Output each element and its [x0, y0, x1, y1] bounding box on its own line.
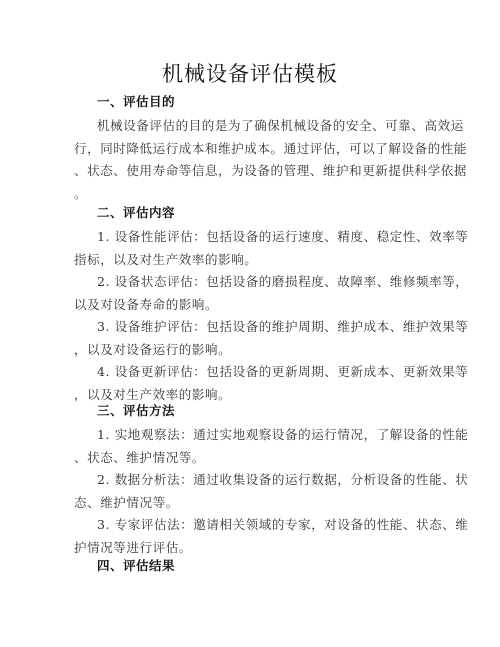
section-results: 四、评估结果	[74, 555, 422, 577]
text-line: 、状态、维护情况等。	[74, 447, 422, 470]
document-title: 机械设备评估模板	[0, 60, 500, 88]
text-line: 3. 专家评估法：邀请相关领域的专家，对设备的性能、状态、维	[74, 514, 422, 537]
section-methods: 三、评估方法 1. 实地观察法：通过实地观察设备的运行情况，了解设备的性能 、状…	[74, 400, 422, 559]
text-line: 指标，以及对生产效率的影响。	[74, 249, 422, 272]
text-line: 2. 设备状态评估：包括设备的磨损程度、故障率、维修频率等，	[74, 271, 422, 294]
text-line: 2. 数据分析法：通过收集设备的运行数据，分析设备的性能、状	[74, 469, 422, 492]
document-page: 机械设备评估模板 一、评估目的 机械设备评估的目的是为了确保机械设备的安全、可靠…	[0, 0, 500, 647]
section-heading: 一、评估目的	[74, 91, 422, 113]
section-heading: 三、评估方法	[74, 400, 422, 422]
paragraph: 1. 实地观察法：通过实地观察设备的运行情况，了解设备的性能 、状态、维护情况等…	[74, 424, 422, 469]
paragraph: 2. 设备状态评估：包括设备的磨损程度、故障率、维修频率等， 以及对设备寿命的影…	[74, 271, 422, 316]
text-line: 行，同时降低运行成本和维护成本。通过评估，可以了解设备的性能	[74, 138, 422, 161]
text-line: 1. 设备性能评估：包括设备的运行速度、精度、稳定性、效率等	[74, 226, 422, 249]
text-line: 1. 实地观察法：通过实地观察设备的运行情况，了解设备的性能	[74, 424, 422, 447]
text-line: 3. 设备维护评估：包括设备的维护周期、维护成本、维护效果等	[74, 316, 422, 339]
section-heading: 二、评估内容	[74, 202, 422, 224]
section-heading: 四、评估结果	[74, 555, 422, 577]
paragraph: 机械设备评估的目的是为了确保机械设备的安全、可靠、高效运 行，同时降低运行成本和…	[74, 115, 422, 205]
paragraph: 2. 数据分析法：通过收集设备的运行数据，分析设备的性能、状 态、维护情况等。	[74, 469, 422, 514]
text-line: ，以及对设备运行的影响。	[74, 339, 422, 362]
paragraph: 3. 专家评估法：邀请相关领域的专家，对设备的性能、状态、维 护情况等进行评估。	[74, 514, 422, 559]
text-line: 、状态、使用寿命等信息，为设备的管理、维护和更新提供科学依据	[74, 160, 422, 183]
text-line: 态、维护情况等。	[74, 492, 422, 515]
paragraph: 1. 设备性能评估：包括设备的运行速度、精度、稳定性、效率等 指标，以及对生产效…	[74, 226, 422, 271]
text-line: 以及对设备寿命的影响。	[74, 294, 422, 317]
paragraph: 3. 设备维护评估：包括设备的维护周期、维护成本、维护效果等 ，以及对设备运行的…	[74, 316, 422, 361]
text-line: 4. 设备更新评估：包括设备的更新周期、更新成本、更新效果等	[74, 361, 422, 384]
section-purpose: 一、评估目的 机械设备评估的目的是为了确保机械设备的安全、可靠、高效运 行，同时…	[74, 91, 422, 205]
section-content: 二、评估内容 1. 设备性能评估：包括设备的运行速度、精度、稳定性、效率等 指标…	[74, 202, 422, 406]
text-line: 机械设备评估的目的是为了确保机械设备的安全、可靠、高效运	[74, 115, 422, 138]
